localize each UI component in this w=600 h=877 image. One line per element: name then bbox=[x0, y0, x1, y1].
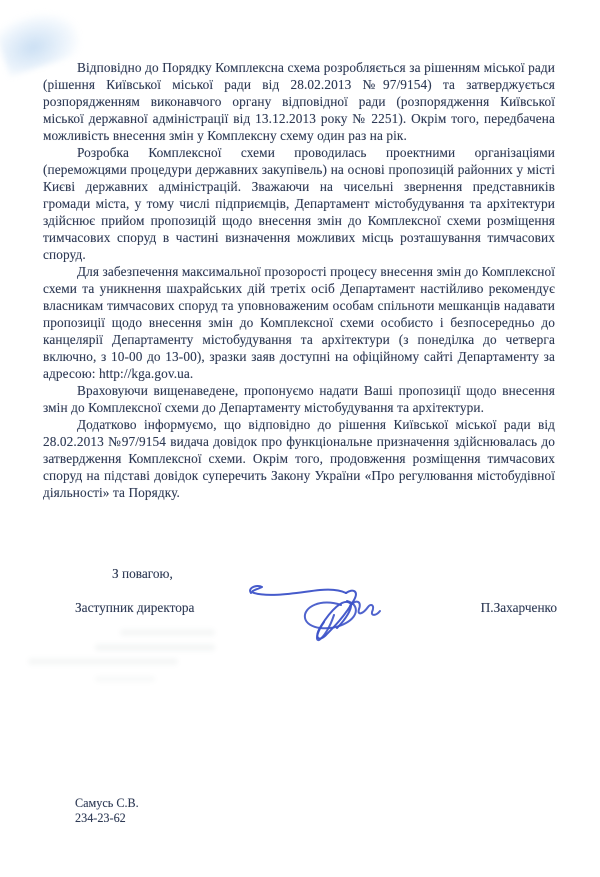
closing-salutation: З повагою, bbox=[112, 566, 173, 582]
letter-paragraph: Відповідно до Порядку Комплексна схема р… bbox=[43, 59, 555, 144]
letter-paragraph: Додатково інформуємо, що відповідно до р… bbox=[43, 416, 555, 501]
letter-paragraph: Враховуючи вищенаведене, пропонуємо нада… bbox=[43, 382, 555, 416]
signer-name: П.Захарченко bbox=[481, 600, 557, 616]
executor-name: Самусь С.В. bbox=[75, 796, 139, 811]
bleedthrough-mark bbox=[28, 658, 178, 665]
bleedthrough-mark bbox=[95, 676, 155, 682]
letter-body: Відповідно до Порядку Комплексна схема р… bbox=[43, 59, 555, 501]
signer-title: Заступник директора bbox=[75, 600, 194, 616]
executor-phone: 234-23-62 bbox=[75, 811, 139, 826]
bleedthrough-mark bbox=[95, 644, 215, 651]
executor-block: Самусь С.В. 234-23-62 bbox=[75, 796, 139, 825]
letter-paragraph: Розробка Комплексної схеми проводилась п… bbox=[43, 144, 555, 263]
signature-ink bbox=[245, 575, 390, 660]
letter-paragraph: Для забезпечення максимальної прозорості… bbox=[43, 263, 555, 382]
bleedthrough-mark bbox=[120, 629, 215, 636]
scanned-letter-page: Відповідно до Порядку Комплексна схема р… bbox=[0, 0, 600, 877]
